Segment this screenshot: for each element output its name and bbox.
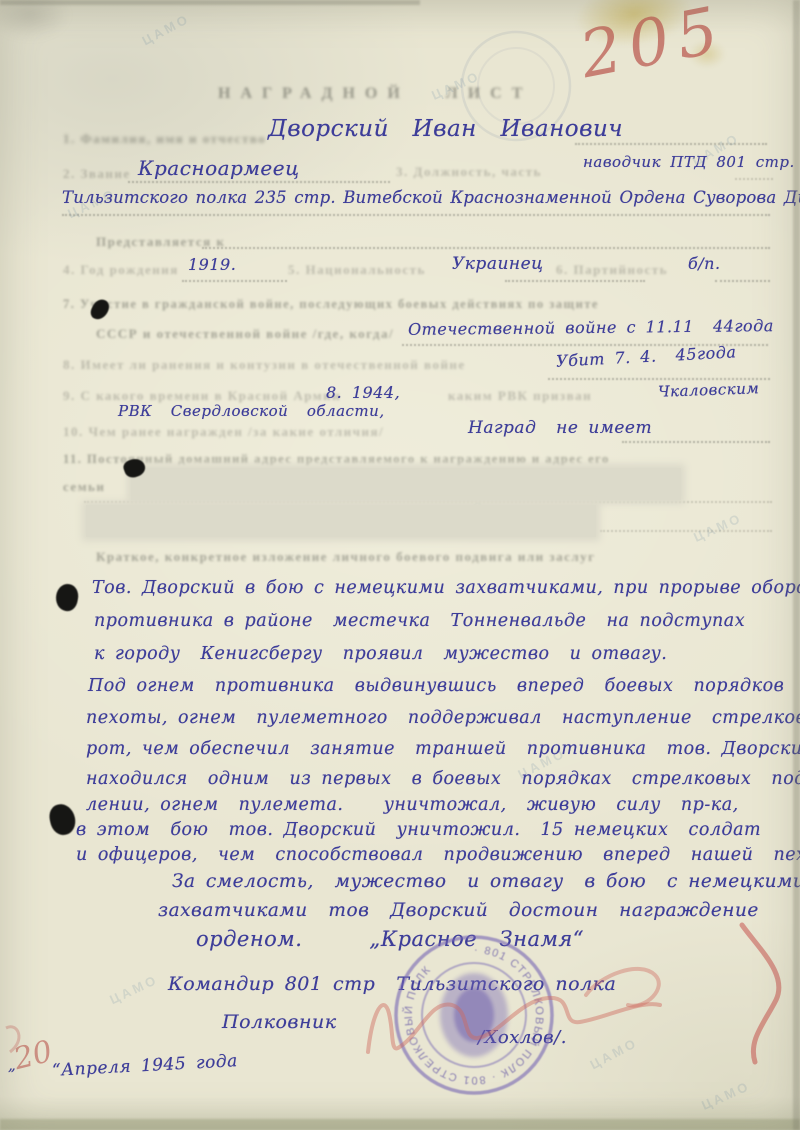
red-signature-stroke xyxy=(742,925,779,1062)
dotted-line xyxy=(600,530,772,532)
field-label-war-participation-1: 7. Участие в гражданской войне, последую… xyxy=(63,297,599,312)
svg-text:· 801 СТРЕЛКОВЫЙ ПОЛК · 801 СТ: · 801 СТРЕЛКОВЫЙ ПОЛК · 801 СТРЕЛКОВЫЙ П… xyxy=(402,944,545,1086)
field-wounds-value: Убит 7. 4. 45года xyxy=(556,342,737,370)
watermark: ЦАМО xyxy=(107,972,160,1007)
watermark: ЦАМО xyxy=(691,510,744,545)
redaction-box xyxy=(86,505,596,537)
date-day: 20 xyxy=(10,1034,56,1077)
paper-stain xyxy=(0,0,70,40)
dotted-line xyxy=(575,143,767,145)
field-drafted-by-value-1: Чкаловским xyxy=(658,379,760,401)
redaction-box xyxy=(131,468,681,500)
dotted-line xyxy=(182,280,287,282)
document-title: НАГРАДНОЙ ЛИСТ xyxy=(218,85,532,103)
page-number: 205 xyxy=(574,0,732,93)
dotted-line xyxy=(715,280,770,282)
watermark: ЦАМО xyxy=(699,1078,752,1113)
field-army-since-value: 8. 1944, xyxy=(326,383,400,402)
field-label-drafted-by: каким РВК призван xyxy=(448,388,592,404)
field-label-nationality: 5. Национальность xyxy=(288,262,426,278)
citation-line: к городу Кенигсбергу проявил мужество и … xyxy=(94,644,667,664)
stamp-ring-text: · 801 СТРЕЛКОВЫЙ ПОЛК · 801 СТРЕЛКОВЫЙ П… xyxy=(402,944,545,1086)
citation-line: лении, огнем пулемета. уничтожал, живую … xyxy=(86,795,739,815)
citation-line: в этом бою тов. Дворский уничтожил. 15 н… xyxy=(76,820,761,840)
citation-line: находился одним из первых в боевых поряд… xyxy=(86,769,800,789)
field-label-rank: 2. Звание xyxy=(63,166,131,182)
field-name-value: Дворский Иван Иванович xyxy=(268,116,623,142)
field-label-name: 1. Фамилия, имя и отчество xyxy=(63,131,266,147)
citation-line: захватчиками тов Дворский достоин награж… xyxy=(158,900,759,921)
citation-line: орденом. „Красное Знамя“ xyxy=(196,927,584,951)
field-rank-value: Красноармеец xyxy=(138,156,300,180)
page-edge-shadow xyxy=(0,1119,800,1130)
citation-line: Тов. Дворский в бою с немецкими захватчи… xyxy=(92,578,800,598)
award-sheet-scan: ЦАМО ЦАМО ЦАМО ЦАМО ЦАМО ЦАМО ЦАМО ЦАМО … xyxy=(0,0,800,1130)
dotted-line xyxy=(735,178,773,180)
field-label-home-address-1: 11. Постоянный домашний адрес представля… xyxy=(63,452,610,467)
field-label-war-participation-2: СССР и отечественной войне /где, когда/ xyxy=(96,326,394,342)
citation-header-label: Краткое, конкретное изложение личного бо… xyxy=(96,549,596,565)
dotted-line xyxy=(505,280,645,282)
quote-mark: „ xyxy=(8,1056,16,1074)
commander-rank-line: Полковник xyxy=(222,1011,337,1033)
dotted-line xyxy=(84,501,772,503)
page-edge-shadow xyxy=(0,0,420,5)
field-birth-year-value: 1919. xyxy=(188,255,236,274)
field-prev-awards-value: Наград не имеет xyxy=(468,418,652,438)
citation-line: Под огнем противника выдвинувшись вперед… xyxy=(88,676,784,696)
date-line: “Апреля 1945 года xyxy=(52,1051,239,1081)
citation-line: рот, чем обеспечил занятие траншей проти… xyxy=(86,739,800,759)
field-label-wounds: 8. Имеет ли ранения и контузии в отечест… xyxy=(63,357,466,373)
commander-line: Командир 801 стр Тильзитского полка xyxy=(168,973,616,995)
dotted-line xyxy=(62,214,770,216)
field-label-home-address-2: семьи xyxy=(63,479,105,495)
dotted-line xyxy=(202,247,770,249)
field-position-value-1: наводчик ПТД 801 стр. xyxy=(583,153,795,171)
dotted-line xyxy=(622,441,770,443)
ink-blot xyxy=(54,582,80,612)
watermark: ЦАМО xyxy=(588,1035,641,1073)
citation-line: противника в районе местечка Тонненвальд… xyxy=(94,611,745,631)
field-label-prev-awards: 10. Чем ранее награжден /за какие отличи… xyxy=(63,424,384,440)
field-nationality-value: Украинец xyxy=(452,254,544,274)
field-war-participation-value: Отечественной войне с 11.11 44года xyxy=(408,316,774,339)
citation-line: пехоты, огнем пулеметного поддерживал на… xyxy=(86,708,800,728)
field-position-value-2: Тильзитского полка 235 стр. Витебской Кр… xyxy=(62,188,800,207)
dotted-line xyxy=(128,181,390,183)
citation-line: и офицеров, чем способствовал продвижени… xyxy=(76,845,800,865)
watermark: ЦАМО xyxy=(140,11,193,49)
field-label-party: 6. Партийность xyxy=(556,262,668,278)
field-label-birth-year: 4. Год рождения xyxy=(63,262,179,278)
signature-name: /Хохлов/. xyxy=(478,1027,567,1048)
field-label-position: 3. Должность, часть xyxy=(396,164,542,180)
citation-line: За смелость, мужество и отвагу в бою с н… xyxy=(172,871,800,892)
ink-blot xyxy=(47,802,78,838)
field-drafted-by-value-2: РВК Свердловской области, xyxy=(118,402,385,420)
unit-stamp: · 801 СТРЕЛКОВЫЙ ПОЛК · 801 СТРЕЛКОВЫЙ П… xyxy=(382,928,568,1104)
field-party-value: б/п. xyxy=(688,254,721,273)
